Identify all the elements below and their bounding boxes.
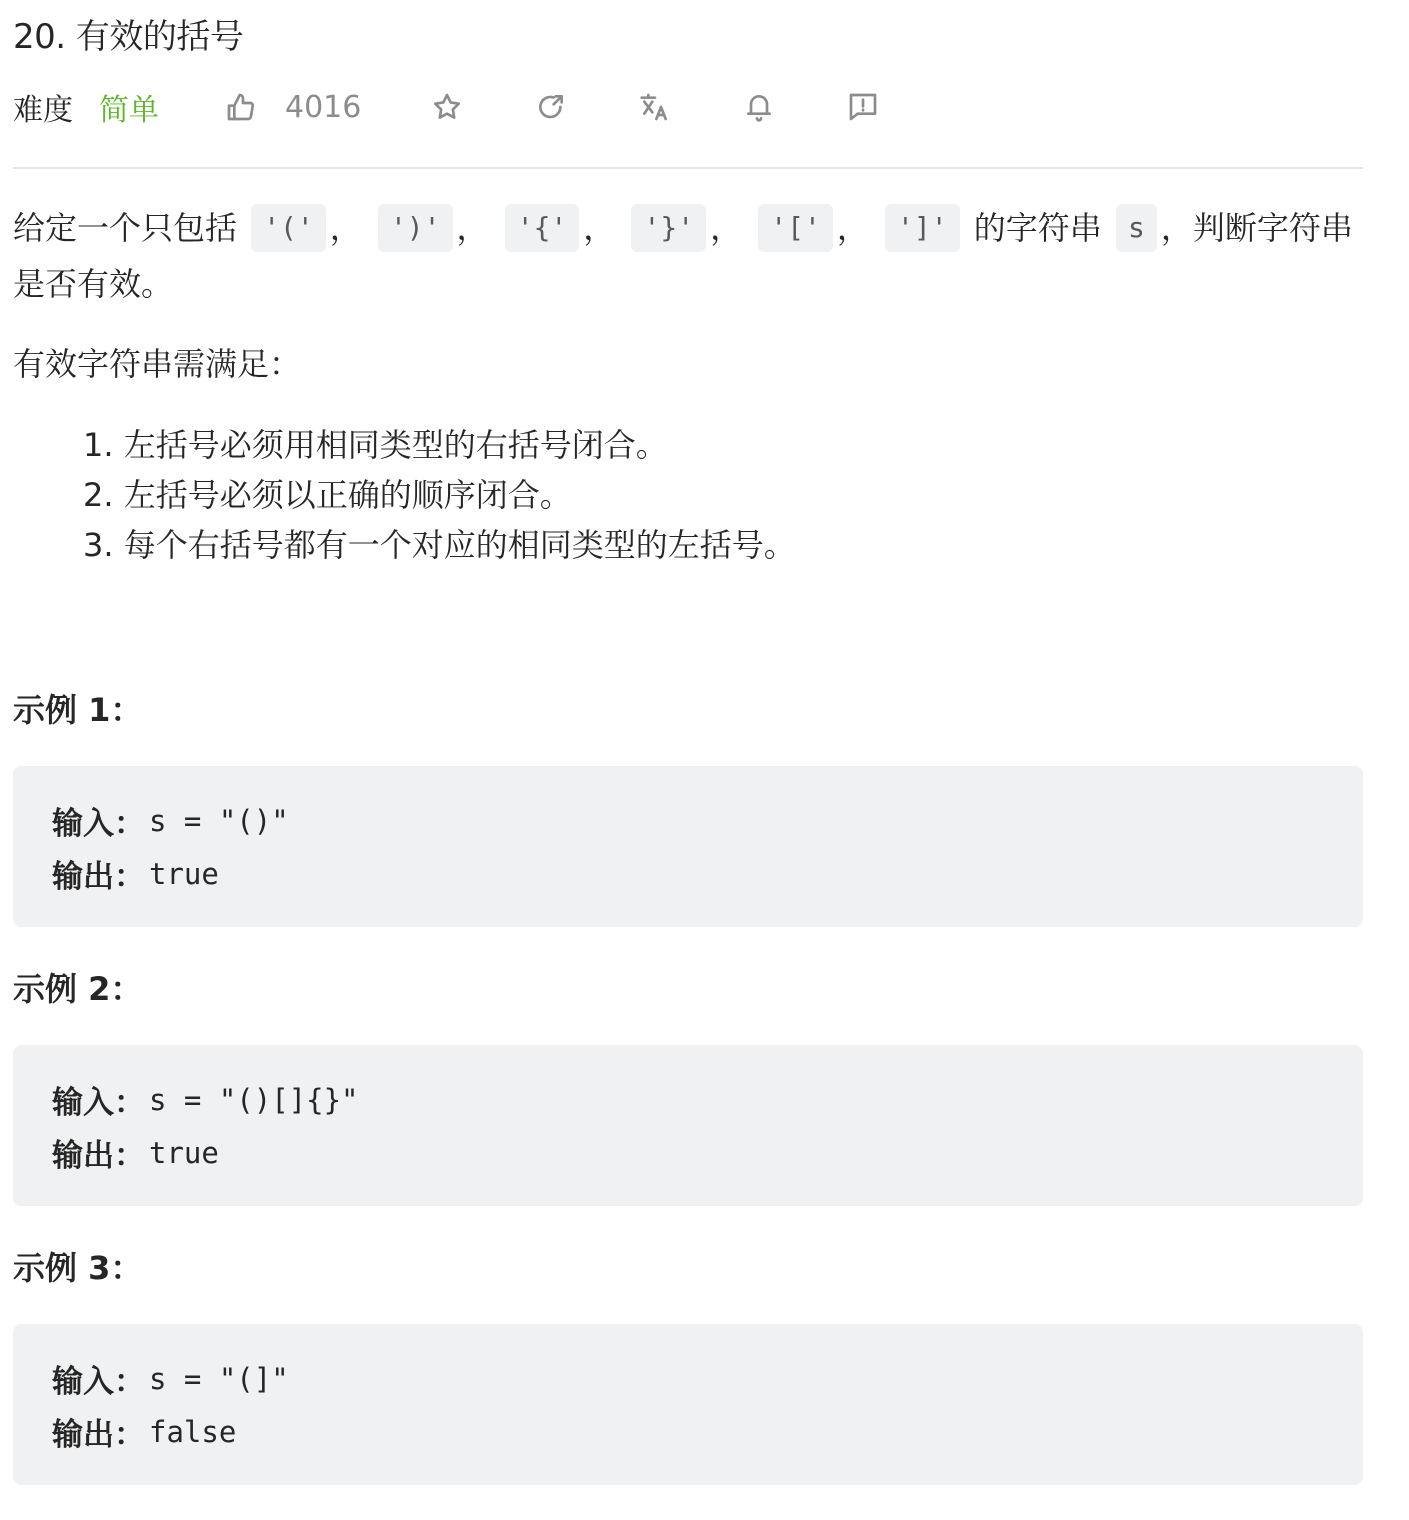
- example-output-line: 输出： true: [52, 847, 1363, 900]
- token-close-bracket: ']': [885, 204, 960, 252]
- requirement-item: 3. 每个右括号都有一个对应的相同类型的左括号。: [83, 520, 796, 570]
- token-close-brace: '}': [631, 204, 706, 252]
- input-value: s = "(]": [149, 1362, 289, 1396]
- token-open-paren: '(': [251, 204, 326, 252]
- var-s: s: [1116, 204, 1157, 252]
- translate-button[interactable]: [637, 89, 673, 125]
- like-count: 4016: [285, 90, 361, 125]
- problem-title: 20. 有效的括号: [13, 12, 243, 62]
- input-label: 输入：: [52, 1077, 145, 1122]
- requirement-item: 2. 左括号必须以正确的顺序闭合。: [83, 470, 796, 520]
- example-input-line: 输入： s = "(]": [52, 1352, 1363, 1405]
- input-label: 输入：: [52, 1356, 145, 1401]
- output-label: 输出：: [52, 1130, 145, 1175]
- output-value: false: [149, 1415, 236, 1449]
- thumbs-up-icon: [225, 91, 257, 123]
- problem-description: 给定一个只包括 '('， ')'， '{'， '}'， '['， ']' 的字符…: [13, 200, 1363, 312]
- header-divider: [13, 167, 1363, 169]
- example-3-title: 示例 3：: [13, 1243, 142, 1293]
- share-button[interactable]: [533, 89, 569, 125]
- favorite-button[interactable]: [429, 89, 465, 125]
- feedback-icon: [847, 91, 879, 123]
- input-label: 输入：: [52, 798, 145, 843]
- difficulty-label: 难度: [13, 85, 73, 129]
- feedback-button[interactable]: [845, 89, 881, 125]
- bell-icon: [743, 91, 775, 123]
- token-close-paren: ')': [378, 204, 453, 252]
- example-1-title: 示例 1：: [13, 685, 142, 735]
- share-icon: [535, 91, 567, 123]
- subscribe-button[interactable]: [741, 89, 777, 125]
- example-2-title: 示例 2：: [13, 964, 142, 1014]
- requirements-title: 有效字符串需满足：: [13, 336, 301, 392]
- example-output-line: 输出： false: [52, 1405, 1363, 1458]
- requirement-item: 1. 左括号必须用相同类型的右括号闭合。: [83, 420, 796, 470]
- input-value: s = "()[]{}": [149, 1083, 359, 1117]
- requirements-list: 1. 左括号必须用相同类型的右括号闭合。 2. 左括号必须以正确的顺序闭合。 3…: [83, 420, 796, 570]
- output-value: true: [149, 857, 219, 891]
- difficulty-badge: 简单: [99, 85, 159, 129]
- like-button[interactable]: [223, 89, 259, 125]
- example-input-line: 输入： s = "()[]{}": [52, 1073, 1363, 1126]
- example-3-block: 输入： s = "(]" 输出： false: [13, 1324, 1363, 1485]
- star-icon: [431, 91, 463, 123]
- desc-prefix: 给定一个只包括: [13, 209, 237, 247]
- input-value: s = "()": [149, 804, 289, 838]
- example-input-line: 输入： s = "()": [52, 794, 1363, 847]
- desc-middle: 的字符串: [974, 209, 1102, 247]
- token-open-bracket: '[': [758, 204, 833, 252]
- problem-meta-bar: 难度 简单 4016: [13, 82, 881, 132]
- example-output-line: 输出： true: [52, 1126, 1363, 1179]
- example-1-block: 输入： s = "()" 输出： true: [13, 766, 1363, 927]
- output-label: 输出：: [52, 851, 145, 896]
- output-value: true: [149, 1136, 219, 1170]
- output-label: 输出：: [52, 1409, 145, 1454]
- translate-icon: [639, 91, 671, 123]
- token-open-brace: '{': [505, 204, 580, 252]
- example-2-block: 输入： s = "()[]{}" 输出： true: [13, 1045, 1363, 1206]
